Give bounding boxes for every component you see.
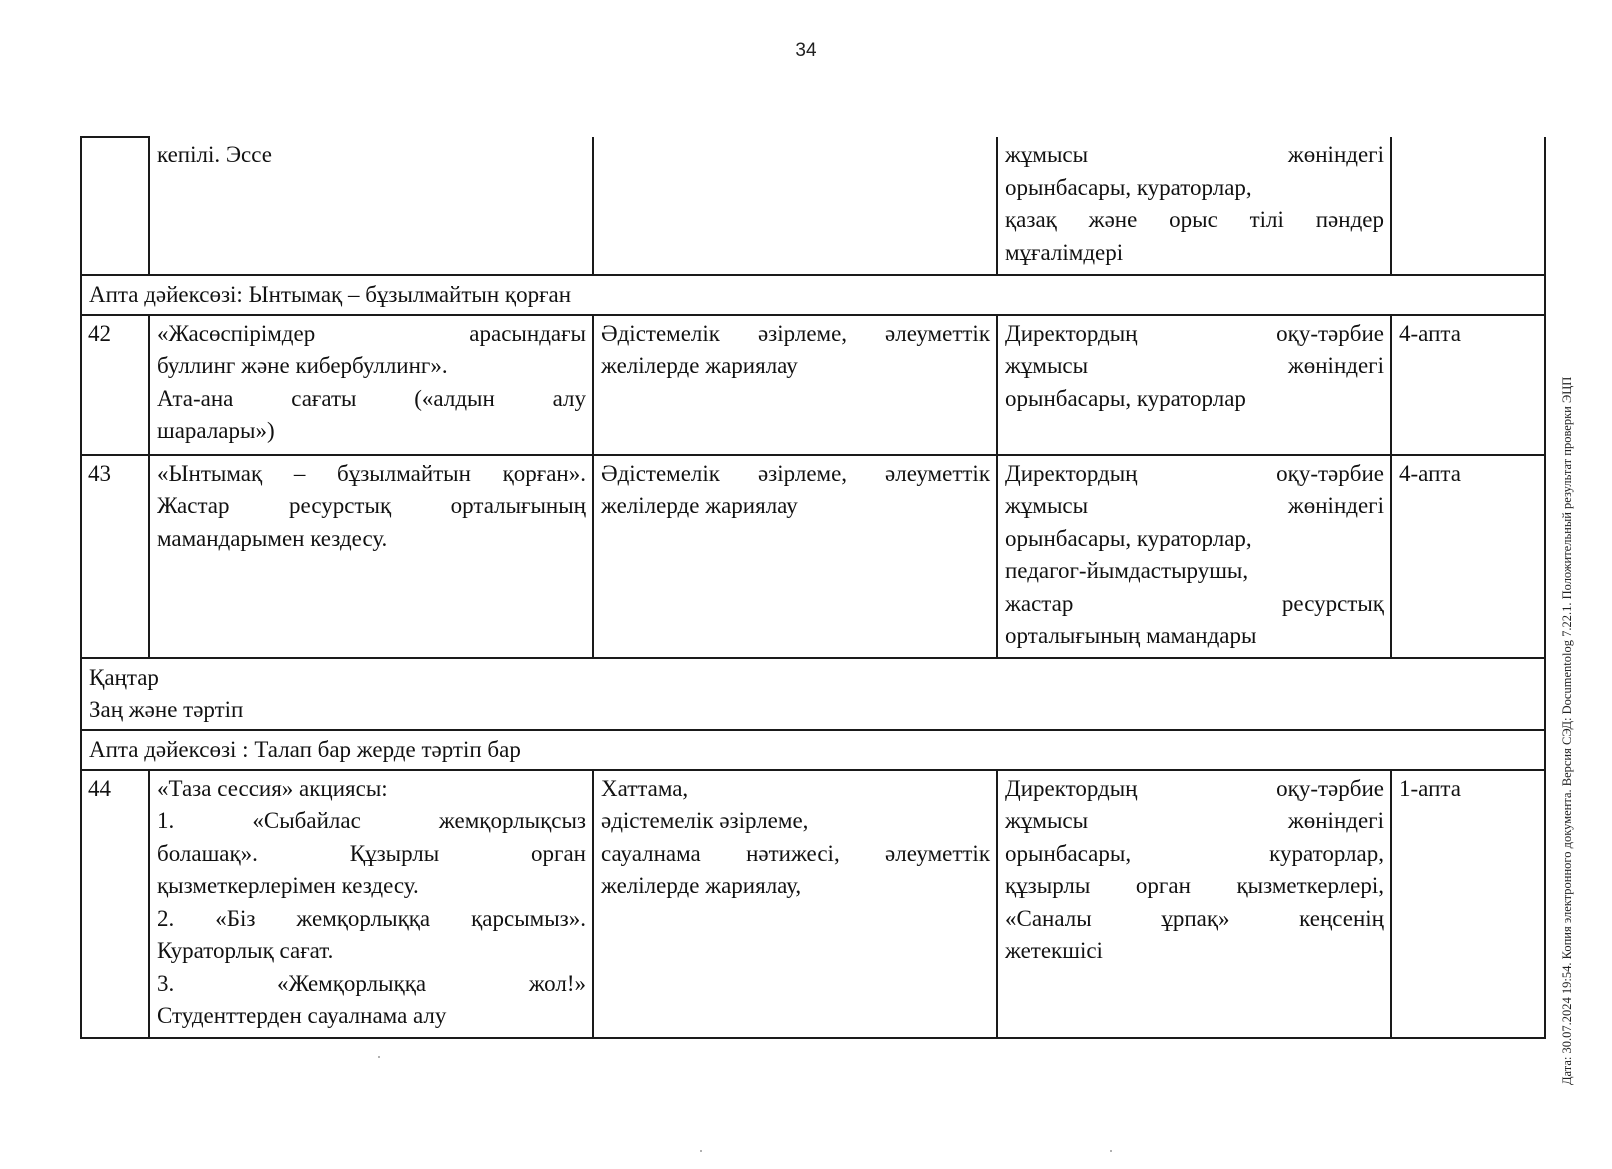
week-quote-cell: Апта дәйексөзі: Ынтымақ – бұзылмайтын қо… [81,275,1545,315]
week-quote: Апта дәйексөзі : Талап бар жерде тәртіп … [81,730,1545,770]
cell-line: әдістемелік әзірлеме, [601,805,990,838]
event-cell: «Жасөспірімдер арасындағыбуллинг және ки… [149,315,593,455]
cell-line: Әдістемелік әзірлеме, әлеуметтік [601,318,990,351]
cell-line: Студенттерден сауалнама алу [157,1000,586,1033]
cell-line: жұмысы жөніндегі [1005,350,1384,383]
cell-line: мұғалімдері [1005,237,1384,270]
week-quote: Апта дәйексөзі: Ынтымақ – бұзылмайтын қо… [81,275,1545,315]
week-quote-text: Апта дәйексөзі: Ынтымақ – бұзылмайтын қо… [89,279,1538,312]
cell-line: жұмысы жөніндегі [1005,490,1384,523]
cell-line: Кураторлық сағат. [157,935,586,968]
deadline: 4-апта [1399,461,1461,486]
cell-line: 3. «Жемқорлыққа жол!» [157,968,586,1001]
cell-line: Директордың оқу-тәрбие [1005,773,1384,806]
responsible-cell: жұмысы жөніндегіорынбасары, кураторлар,қ… [997,137,1391,275]
row-number: 43 [88,461,111,486]
row-number: 42 [88,321,111,346]
month-section: ҚаңтарЗаң және тәртіп [81,658,1545,730]
scan-artifact [700,1150,702,1152]
cell-line: Жастар ресурстық орталығының [157,490,586,523]
output-cell [593,137,997,275]
cell-line: орынбасары, кураторлар, [1005,838,1384,871]
cell-line: жетекшісі [1005,935,1384,968]
cell-line: «Жасөспірімдер арасындағы [157,318,586,351]
deadline: 1-апта [1399,776,1461,801]
cell-line: Әдістемелік әзірлеме, әлеуметтік [601,458,990,491]
cell-line: Директордың оқу-тәрбие [1005,458,1384,491]
scan-artifact [378,1056,380,1058]
cell-line: 2. «Біз жемқорлыққа қарсымыз». [157,903,586,936]
week-quote-cell: Апта дәйексөзі : Талап бар жерде тәртіп … [81,730,1545,770]
cell-line: буллинг және кибербуллинг». [157,350,586,383]
deadline: 4-апта [1399,321,1461,346]
table-row: 43«Ынтымақ – бұзылмайтын қорған».Жастар … [81,455,1545,658]
output-cell: Әдістемелік әзірлеме, әлеуметтікжелілерд… [593,315,997,455]
table-row: 42«Жасөспірімдер арасындағыбуллинг және … [81,315,1545,455]
cell-line: желілерде жариялау [601,350,990,383]
cell-line: кепілі. Эссе [157,139,586,172]
month-section-text: Қаңтар [89,662,1538,695]
page-number: 34 [0,40,1612,62]
cell-line: жұмысы жөніндегі [1005,805,1384,838]
cell-line: «Саналы ұрпақ» кеңсенің [1005,903,1384,936]
cell-line: қызметкерлерімен кездесу. [157,870,586,903]
cell-line: орынбасары, кураторлар, [1005,523,1384,556]
table-row: 44«Таза сессия» акциясы:1. «Сыбайлас жем… [81,770,1545,1038]
cell-line: құзырлы орган қызметкерлері, [1005,870,1384,903]
cell-line: болашақ». Құзырлы орган [157,838,586,871]
cell-line: 1. «Сыбайлас жемқорлықсыз [157,805,586,838]
month-section-text: Заң және тәртіп [89,694,1538,727]
week-quote-text: Апта дәйексөзі : Талап бар жерде тәртіп … [89,734,1538,767]
month-section-cell: ҚаңтарЗаң және тәртіп [81,658,1545,730]
deadline-cell: 1-апта [1391,770,1545,1038]
cell-line: педагог-йымдастырушы, [1005,555,1384,588]
cell-line: жұмысы жөніндегі [1005,139,1384,172]
table-row: кепілі. Эссежұмысы жөніндегіорынбасары, … [81,137,1545,275]
cell-line: желілерде жариялау [601,490,990,523]
cell-line: қазақ және орыс тілі пәндер [1005,204,1384,237]
deadline-cell [1391,137,1545,275]
cell-line: орталығының мамандары [1005,620,1384,653]
cell-line: Хаттама, [601,773,990,806]
row-number: 44 [88,776,111,801]
deadline-cell: 4-апта [1391,455,1545,658]
event-cell: кепілі. Эссе [149,137,593,275]
deadline-cell: 4-апта [1391,315,1545,455]
cell-line: «Ынтымақ – бұзылмайтын қорған». [157,458,586,491]
responsible-cell: Директордың оқу-тәрбиежұмысы жөніндегіор… [997,315,1391,455]
output-cell: Әдістемелік әзірлеме, әлеуметтікжелілерд… [593,455,997,658]
cell-line: жастар ресурстық [1005,588,1384,621]
cell-line: «Таза сессия» акциясы: [157,773,586,806]
event-cell: «Ынтымақ – бұзылмайтын қорған».Жастар ре… [149,455,593,658]
cell-line: Ата-ана сағаты («алдын алу [157,383,586,416]
output-cell: Хаттама,әдістемелік әзірлеме,сауалнама н… [593,770,997,1038]
cell-line: желілерде жариялау, [601,870,990,903]
row-number-cell: 44 [81,770,149,1038]
row-number-cell [81,137,149,275]
responsible-cell: Директордың оқу-тәрбиежұмысы жөніндегіор… [997,455,1391,658]
cell-line: сауалнама нәтижесі, әлеуметтік [601,838,990,871]
event-cell: «Таза сессия» акциясы:1. «Сыбайлас жемқо… [149,770,593,1038]
plan-table: кепілі. Эссежұмысы жөніндегіорынбасары, … [80,136,1546,1039]
row-number-cell: 42 [81,315,149,455]
responsible-cell: Директордың оқу-тәрбиежұмысы жөніндегіор… [997,770,1391,1038]
cell-line: орынбасары, кураторлар, [1005,172,1384,205]
cell-line: Директордың оқу-тәрбие [1005,318,1384,351]
cell-line: мамандарымен кездесу. [157,523,586,556]
cell-line: орынбасары, кураторлар [1005,383,1384,416]
signature-watermark: Дата: 30.07.2024 19:54. Копия электронно… [1560,377,1575,1085]
scan-artifact [1110,1150,1112,1152]
cell-line: шаралары») [157,415,586,448]
row-number-cell: 43 [81,455,149,658]
